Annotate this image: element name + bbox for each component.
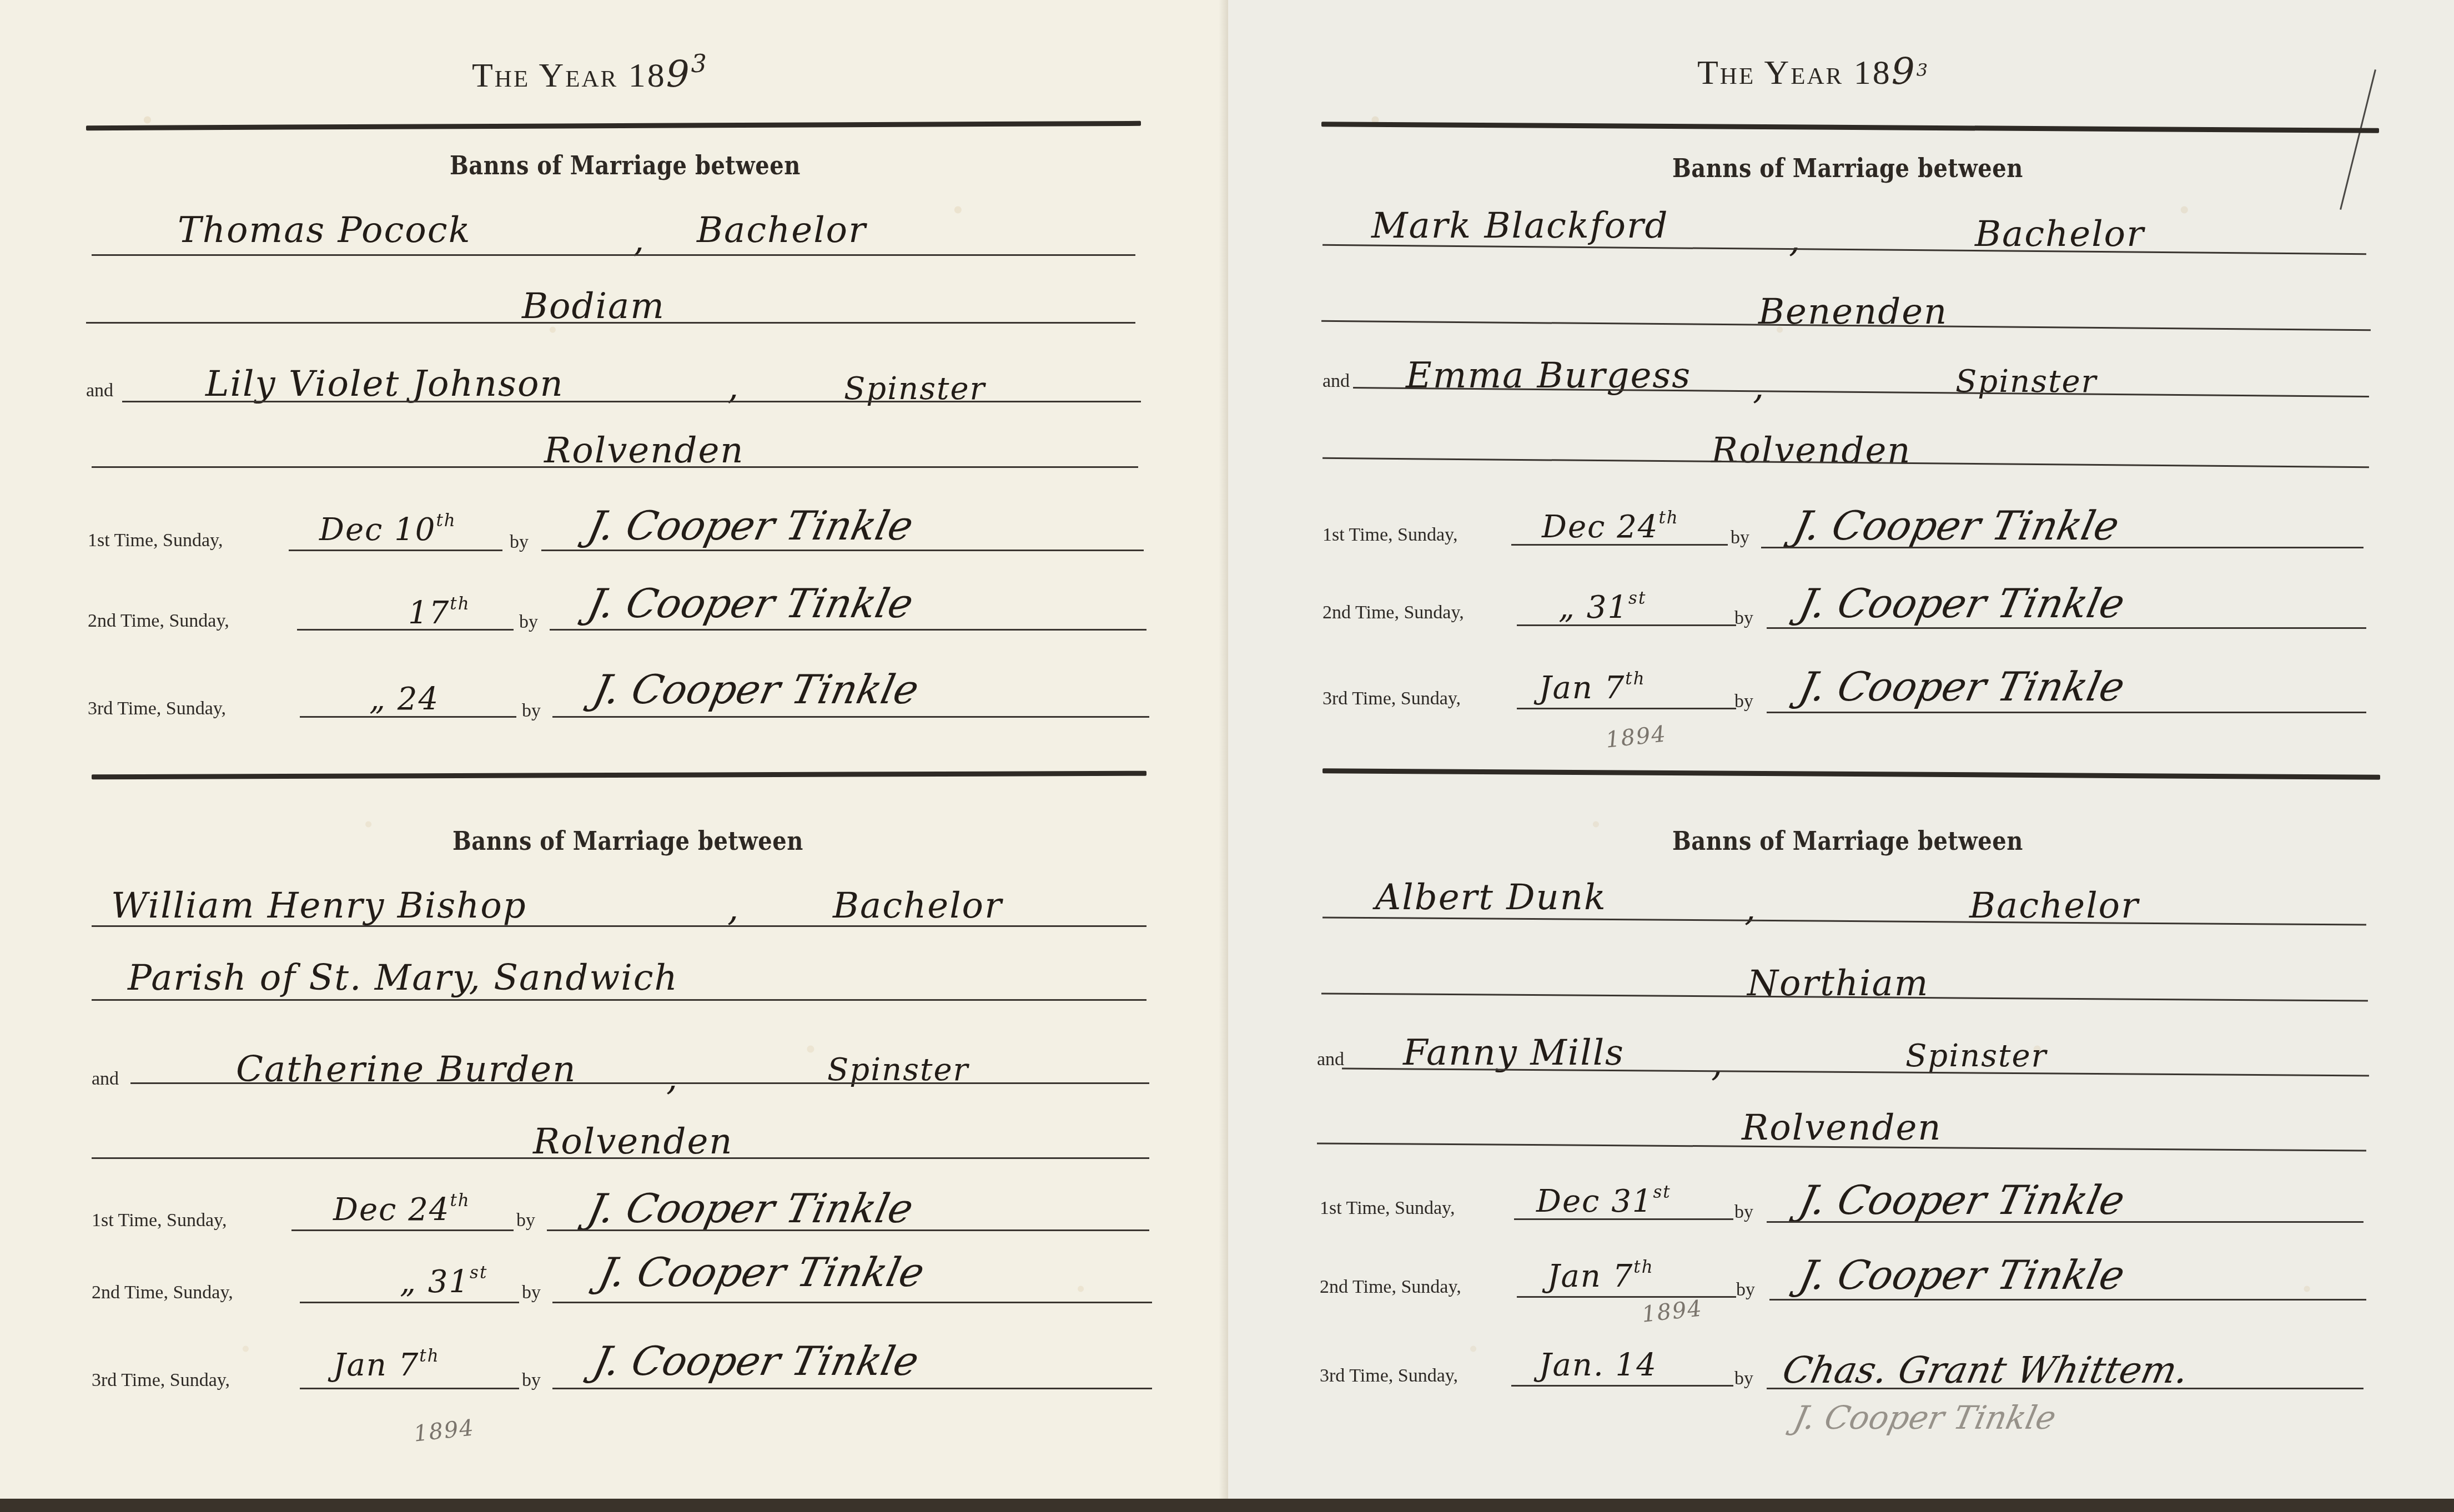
by-label: by (522, 1282, 541, 1303)
book-bottom-edge (0, 1499, 2454, 1512)
groom-name: Thomas Pocock (178, 210, 471, 251)
by-label: by (1736, 1279, 1755, 1301)
reading-label: 3rd Time, Sunday, (1320, 1365, 1458, 1387)
left-page: The Year 1893 Banns of Marriage between … (0, 0, 1228, 1499)
reading-date: Dec 10 (319, 512, 436, 548)
reading-date-suffix: th (419, 1346, 439, 1366)
reading-date-suffix: th (1625, 669, 1645, 689)
date-line (289, 550, 502, 551)
reading-date-suffix: th (450, 594, 470, 614)
reading-label: 2nd Time, Sunday, (88, 611, 229, 632)
officiant-line (1767, 1221, 2364, 1223)
date-line (300, 716, 516, 718)
officiant-line (552, 716, 1149, 718)
officiant-line (1767, 712, 2366, 713)
groom-line (1322, 244, 2366, 255)
reading-date-suffix: th (1633, 1257, 1653, 1277)
section-divider (1322, 768, 2380, 780)
by-label: by (522, 700, 541, 722)
reading-label: 3rd Time, Sunday, (1322, 688, 1461, 709)
year-handwritten-sup: 3 (691, 50, 708, 78)
bride-separator: , (1753, 366, 1765, 407)
officiant-line (541, 550, 1144, 551)
reading-label: 1st Time, Sunday, (1320, 1198, 1455, 1219)
reading-label: 3rd Time, Sunday, (88, 698, 226, 719)
reading-date: Dec 24 (333, 1192, 450, 1228)
year-handwritten: 9 (666, 53, 691, 95)
reading-date: Jan 7 (333, 1347, 419, 1383)
groom-separator: , (1789, 219, 1801, 260)
banns-heading: Banns of Marriage between (1672, 153, 2023, 183)
reading-date: „ 31 (1558, 589, 1628, 626)
date-line (1514, 1218, 1733, 1220)
reading-label: 1st Time, Sunday, (92, 1210, 227, 1231)
groom-condition: Bachelor (833, 885, 1003, 926)
groom-name: Mark Blackford (1371, 205, 1668, 246)
bride-place-line (92, 1157, 1149, 1159)
officiant-signature: J. Cooper Tinkle (589, 666, 923, 713)
year-header: The Year 1893 (472, 50, 708, 95)
officiant-signature: J. Cooper Tinkle (584, 1185, 917, 1232)
reading-date: Dec 31 (1536, 1183, 1653, 1219)
reading-year-note: 1894 (1605, 721, 1668, 753)
banns-heading: Banns of Marriage between (452, 826, 803, 856)
date-line (300, 1302, 519, 1303)
officiant-line (1769, 1299, 2366, 1301)
banns-heading: Banns of Marriage between (1672, 826, 2023, 856)
by-label: by (516, 1210, 535, 1231)
officiant-line (1767, 627, 2366, 629)
date-line (1517, 708, 1736, 709)
by-label: by (1734, 608, 1753, 629)
by-label: by (519, 612, 538, 633)
officiant-line (547, 1229, 1149, 1231)
bride-line (130, 1082, 1149, 1084)
groom-line (92, 925, 1146, 927)
and-label: and (1322, 371, 1350, 392)
bride-condition: Spinster (1905, 1038, 2047, 1074)
reading-date: „ 31 (400, 1264, 470, 1300)
by-label: by (522, 1370, 541, 1391)
date-line (300, 1388, 519, 1389)
and-label: and (86, 380, 113, 401)
bride-place: Rolvenden (533, 1121, 733, 1162)
bride-place: Rolvenden (1742, 1107, 1942, 1148)
reading-date-suffix: st (1653, 1182, 1671, 1202)
officiant-line (1761, 547, 2364, 548)
year-handwritten-sup: 3 (1917, 59, 1929, 80)
officiant-line (552, 1302, 1152, 1303)
margin-pencil-stroke (2340, 69, 2376, 210)
by-label: by (1734, 691, 1753, 712)
bride-line (122, 401, 1141, 402)
section-divider (92, 771, 1146, 780)
bride-name: Lily Violet Johnson (205, 364, 564, 405)
groom-place: Bodiam (522, 286, 665, 327)
reading-year-note: 1894 (1641, 1296, 1704, 1327)
reading-label: 2nd Time, Sunday, (1320, 1277, 1461, 1298)
officiant-signature: Chas. Grant Whittem. (1779, 1349, 2192, 1392)
groom-line (1322, 916, 2366, 925)
reading-date: Dec 24 (1542, 509, 1658, 545)
groom-condition: Bachelor (1969, 885, 2139, 926)
officiant-signature: J. Cooper Tinkle (1795, 1252, 2129, 1298)
bride-separator: , (1711, 1044, 1723, 1085)
and-label: and (92, 1069, 119, 1090)
groom-place: Parish of St. Mary, Sandwich (128, 957, 678, 999)
by-label: by (1734, 1368, 1753, 1389)
by-label: by (510, 532, 529, 553)
bride-place-line (92, 466, 1138, 468)
officiant-signature: J. Cooper Tinkle (584, 502, 917, 549)
officiant-signature: J. Cooper Tinkle (589, 1338, 923, 1384)
reading-date-suffix: st (470, 1263, 487, 1283)
reading-date: Jan 7 (1539, 670, 1625, 706)
officiant-signature: J. Cooper Tinkle (595, 1249, 928, 1296)
officiant-signature: J. Cooper Tinkle (1795, 663, 2129, 710)
bride-place: Rolvenden (1711, 430, 1912, 471)
reading-date-suffix: th (1658, 508, 1678, 528)
year-printed: The Year 18 (472, 57, 666, 94)
reading-label: 2nd Time, Sunday, (1322, 602, 1464, 623)
date-line (1517, 1296, 1736, 1298)
section-divider (1321, 122, 2379, 133)
reading-label: 3rd Time, Sunday, (92, 1370, 230, 1391)
groom-place-line (86, 322, 1135, 324)
smudged-officiant-signature: J. Cooper Tinkle (1791, 1399, 2060, 1437)
officiant-signature: J. Cooper Tinkle (1795, 1177, 2129, 1223)
groom-line (92, 254, 1135, 256)
year-printed: The Year 18 (1697, 54, 1892, 92)
date-line (1517, 624, 1736, 626)
groom-condition: Bachelor (697, 210, 867, 251)
bride-name: Fanny Mills (1403, 1032, 1625, 1073)
reading-label: 2nd Time, Sunday, (92, 1282, 233, 1303)
reading-date-suffix: st (1628, 588, 1646, 608)
officiant-line (1767, 1388, 2364, 1389)
right-page: The Year 1893 Banns of Marriage between … (1228, 0, 2454, 1499)
year-handwritten: 9 (1892, 50, 1917, 93)
officiant-signature: J. Cooper Tinkle (1795, 580, 2129, 627)
reading-date-suffix: th (436, 511, 456, 531)
date-line (291, 1229, 514, 1231)
bride-place: Rolvenden (544, 430, 745, 471)
reading-date: 17 (408, 595, 450, 631)
groom-condition: Bachelor (1975, 214, 2145, 255)
groom-place-line (92, 999, 1146, 1001)
groom-name: Albert Dunk (1375, 877, 1607, 918)
officiant-line (550, 629, 1146, 631)
reading-label: 1st Time, Sunday, (88, 530, 223, 551)
by-label: by (1734, 1202, 1753, 1223)
groom-name: William Henry Bishop (111, 885, 527, 926)
and-label: and (1317, 1049, 1344, 1070)
groom-separator: , (727, 888, 740, 929)
reading-date-suffix: th (450, 1191, 470, 1211)
officiant-line (552, 1388, 1152, 1389)
year-header: The Year 1893 (1697, 50, 1929, 93)
reading-date: Jan. 14 (1539, 1347, 1657, 1383)
reading-label: 1st Time, Sunday, (1322, 525, 1457, 546)
reading-date: „ 24 (369, 681, 439, 717)
date-line (1511, 1385, 1733, 1387)
section-divider (86, 121, 1141, 130)
bride-separator: , (666, 1057, 678, 1098)
groom-separator: , (1744, 888, 1757, 929)
date-line (1511, 544, 1728, 546)
by-label: by (1731, 527, 1749, 548)
banns-heading: Banns of Marriage between (450, 150, 801, 180)
reading-date: Jan 7 (1547, 1258, 1633, 1294)
date-line (297, 629, 514, 631)
reading-year-note: 1894 (413, 1415, 476, 1447)
officiant-signature: J. Cooper Tinkle (584, 580, 917, 627)
officiant-signature: J. Cooper Tinkle (1789, 502, 2123, 549)
